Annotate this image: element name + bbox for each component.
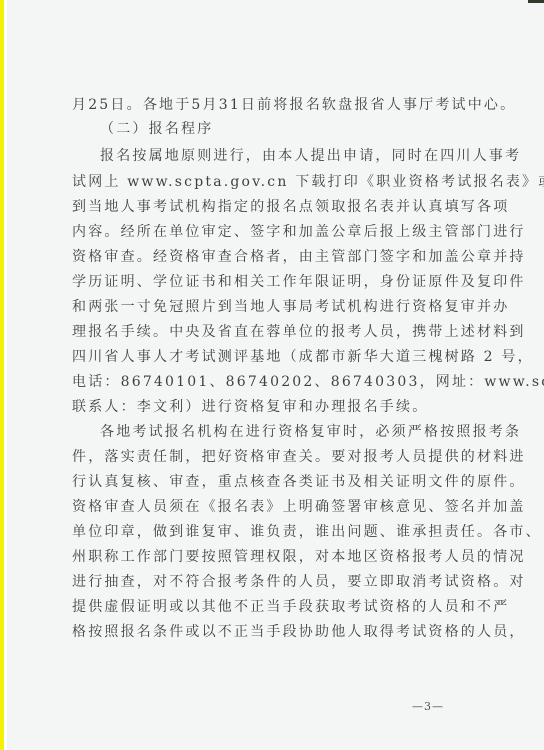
scan-edge-white-strip: [4, 0, 7, 750]
paragraph-line: 资格审查。经资格审查合格者，由主管部门签字和加盖公章并持: [72, 248, 526, 266]
paragraph-line: 理报名手续。中央及省直在蓉单位的报考人员，携带上述材料到: [72, 323, 526, 341]
section-heading: （二）报名程序: [100, 120, 213, 138]
paragraph-line: 四川省人事人才考试测评基地（成都市新华大道三槐树路 2 号，: [72, 348, 534, 366]
paragraph-line: 和两张一寸免冠照片到当地人事局考试机构进行资格复审并办: [72, 298, 509, 316]
paragraph-line: 行认真复核、审查，重点核查各类证书及相关证明文件的原件。: [72, 473, 526, 491]
scan-corner-mark: [528, 0, 544, 3]
paragraph-line: 报名按属地原则进行，由本人提出申请，同时在四川人事考: [100, 147, 521, 165]
page-number: —3—: [412, 700, 444, 713]
paragraph-line: 州职称工作部门要按照管理权限，对本地区资格报考人员的情况: [72, 548, 526, 566]
paragraph-line: 提供虚假证明或以其他不正当手段获取考试资格的人员和不严: [72, 598, 509, 616]
paragraph-line: 件，落实责任制，把好资格审查关。要对报考人员提供的材料进: [72, 448, 526, 466]
paragraph-line: 内容。经所在单位审定、签字和加盖公章后报上级主管部门进行: [72, 223, 526, 241]
paragraph-line: 到当地人事考试机构指定的报名点领取报名表并认真填写各项: [72, 198, 509, 216]
paragraph-line: 资格审查人员须在《报名表》上明确签署审核意见、签名并加盖: [72, 498, 526, 516]
paragraph-line: 格按照报名条件或以不正当手段协助他人取得考试资格的人员，: [72, 623, 526, 641]
paragraph-line: 联系人：李文利）进行资格复审和办理报名手续。: [72, 398, 428, 416]
paragraph-line: 学历证明、学位证书和相关工作年限证明，身份证原件及复印件: [72, 273, 526, 291]
paragraph-line: 单位印章，做到谁复审、谁负责，谁出问题、谁承担责任。各市、: [72, 523, 542, 541]
paragraph-line: 试网上 www.scpta.gov.cn 下载打印《职业资格考试报名表》或: [72, 173, 544, 191]
paragraph-line: 电话：86740101、86740202、86740303，网址：www.scp…: [72, 373, 544, 391]
paragraph-line: 进行抽查，对不符合报考条件的人员，要立即取消考试资格。对: [72, 573, 526, 591]
paragraph-line: 各地考试报名机构在进行资格复审时，必须严格按照报考条: [100, 423, 521, 441]
paragraph-line: 月25日。各地于5月31日前将报名软盘报省人事厅考试中心。: [72, 96, 516, 114]
